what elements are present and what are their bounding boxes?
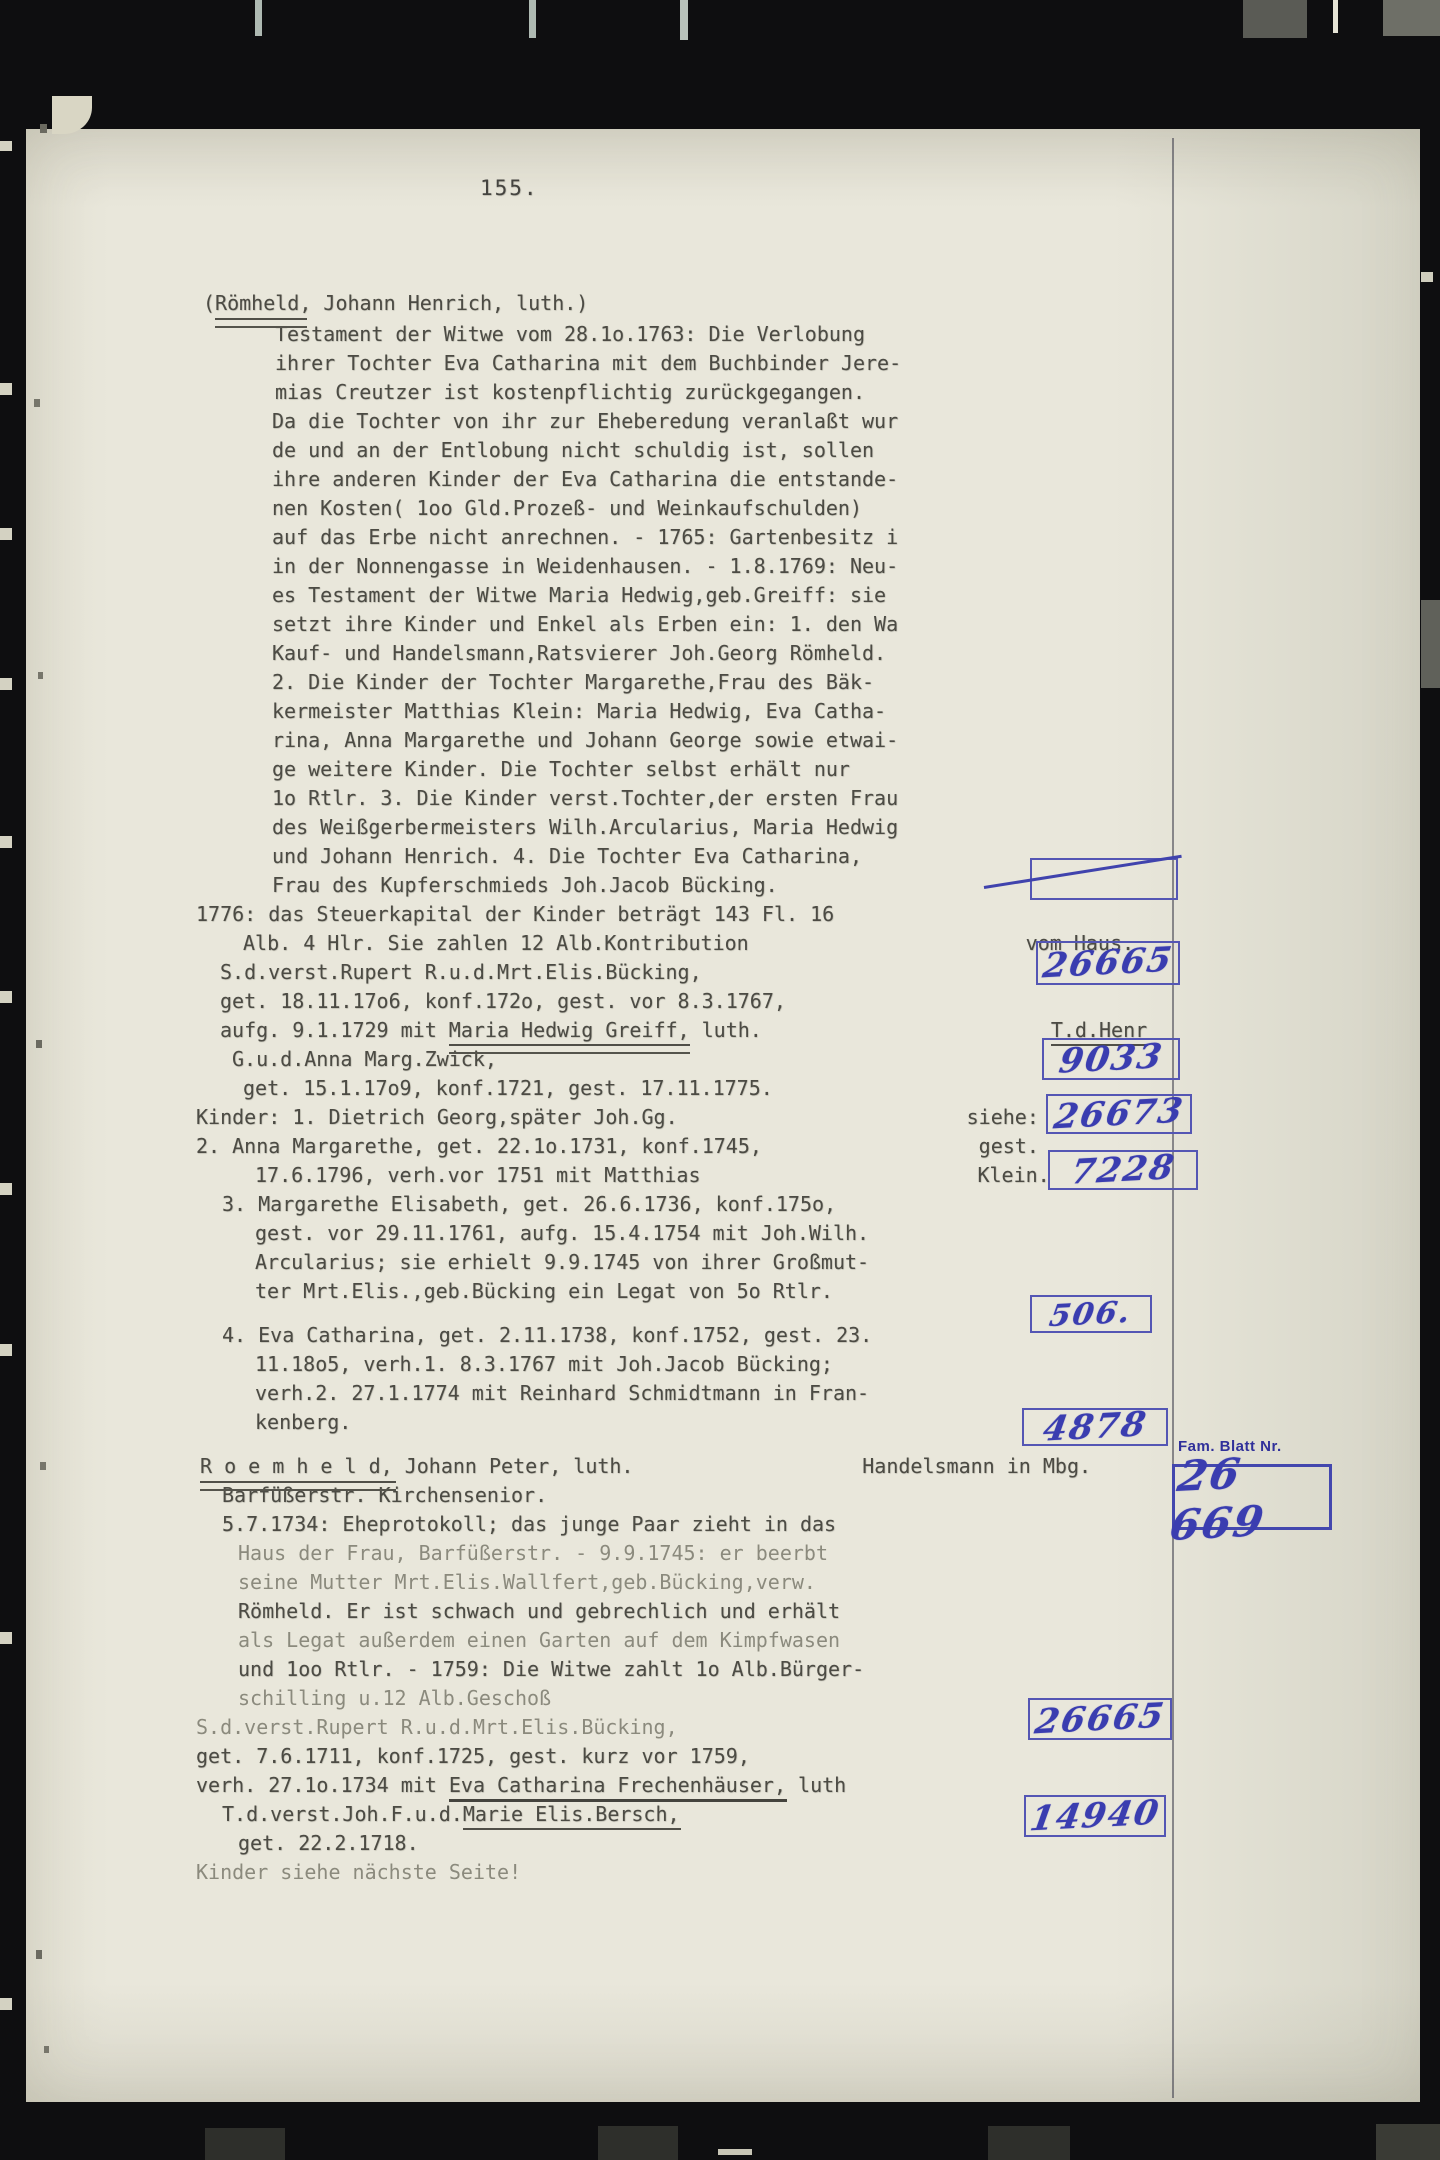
- left-edge-tick: [0, 528, 12, 540]
- typewritten-line: nen Kosten( 1oo Gld.Prozeß- und Weinkauf…: [272, 495, 862, 521]
- dust-speck: [44, 2046, 49, 2053]
- bottom-frame-patch: [1376, 2124, 1440, 2160]
- typewritten-line: S.d.verst.Rupert R.u.d.Mrt.Elis.Bücking,: [196, 1714, 678, 1740]
- typewritten-line: S.d.verst.Rupert R.u.d.Mrt.Elis.Bücking,: [220, 959, 702, 985]
- typewritten-line: Kinder: 1. Dietrich Georg,später Joh.Gg.…: [196, 1104, 1039, 1130]
- name-underline: [449, 1799, 787, 1802]
- typewritten-line: auf das Erbe nicht anrechnen. - 1765: Ga…: [272, 524, 898, 550]
- name-underline: [449, 1044, 690, 1054]
- typewritten-line: Haus der Frau, Barfüßerstr. - 9.9.1745: …: [238, 1540, 828, 1566]
- typewritten-line: Frau des Kupferschmieds Joh.Jacob Bückin…: [272, 872, 778, 898]
- registry-number-box: 26665: [1036, 941, 1180, 985]
- typewritten-line: 17.6.1796, verh.vor 1751 mit Matthias Kl…: [255, 1162, 1050, 1188]
- typewritten-line: Römheld. Er ist schwach und gebrechlich …: [238, 1598, 840, 1624]
- typewritten-line: 4. Eva Catharina, get. 2.11.1738, konf.1…: [222, 1322, 872, 1348]
- typewritten-line: 5.7.1734: Eheprotokoll; das junge Paar z…: [222, 1511, 836, 1537]
- dust-speck: [34, 399, 40, 407]
- typewritten-line: 1776: das Steuerkapital der Kinder beträ…: [196, 901, 834, 927]
- typewritten-line: 2. Die Kinder der Tochter Margarethe,Fra…: [272, 669, 874, 695]
- registry-number-box: 4878: [1022, 1408, 1168, 1446]
- typewritten-line: 11.18o5, verh.1. 8.3.1767 mit Joh.Jacob …: [255, 1351, 833, 1377]
- top-registration-tick: [1333, 0, 1338, 33]
- microfilm-frame: 155. Fam. Blatt Nr. (Römheld, Johann Hen…: [0, 0, 1440, 2160]
- registry-number: 506.: [1047, 1294, 1134, 1333]
- typewritten-line: verh. 27.1o.1734 mit Eva Catharina Frech…: [196, 1772, 846, 1798]
- bottom-frame-patch: [205, 2128, 285, 2160]
- registry-number-box: 506.: [1030, 1295, 1152, 1333]
- typewritten-line: verh.2. 27.1.1774 mit Reinhard Schmidtma…: [255, 1380, 869, 1406]
- typewritten-line: (Römheld, Johann Henrich, luth.): [203, 290, 588, 316]
- left-edge-tick: [0, 836, 12, 848]
- typewritten-line: und 1oo Rtlr. - 1759: Die Witwe zahlt 1o…: [238, 1656, 864, 1682]
- typewritten-line: ihre anderen Kinder der Eva Catharina di…: [272, 466, 898, 492]
- right-edge-notch: [1421, 272, 1433, 282]
- dust-speck: [40, 1462, 46, 1470]
- top-registration-tick: [529, 0, 536, 38]
- typewritten-line: rina, Anna Margarethe und Johann George …: [272, 727, 898, 753]
- registry-number-box: 7228: [1048, 1150, 1198, 1190]
- registry-number-box: 26665: [1028, 1698, 1172, 1740]
- typewritten-line: 2. Anna Margarethe, get. 22.1o.1731, kon…: [196, 1133, 1039, 1159]
- typewritten-line: T.d.verst.Joh.F.u.d.Marie Elis.Bersch,: [222, 1801, 680, 1827]
- typewritten-line: get. 15.1.17o9, konf.1721, gest. 17.11.1…: [243, 1075, 773, 1101]
- typewritten-line: in der Nonnengasse in Weidenhausen. - 1.…: [272, 553, 898, 579]
- typewritten-line: mias Creutzer ist kostenpflichtig zurück…: [275, 379, 865, 405]
- typewritten-line: des Weißgerbermeisters Wilh.Arcularius, …: [272, 814, 898, 840]
- registry-number-box: 14940: [1024, 1795, 1166, 1837]
- typewritten-line: kenberg.: [255, 1409, 351, 1435]
- typewritten-line: und Johann Henrich. 4. Die Tochter Eva C…: [272, 843, 862, 869]
- left-edge-tick: [0, 141, 12, 151]
- film-frame-patch: [1383, 0, 1440, 36]
- registry-number: 4878: [1040, 1404, 1150, 1449]
- typewritten-line: Alb. 4 Hlr. Sie zahlen 12 Alb.Kontributi…: [243, 930, 1134, 956]
- typewritten-line: Arcularius; sie erhielt 9.9.1745 von ihr…: [255, 1249, 869, 1275]
- registry-number-box: 26673: [1046, 1094, 1192, 1134]
- film-frame-patch: [1243, 0, 1307, 38]
- typewritten-line: gest. vor 29.11.1761, aufg. 15.4.1754 mi…: [255, 1220, 869, 1246]
- typewritten-line: 3. Margarethe Elisabeth, get. 26.6.1736,…: [222, 1191, 836, 1217]
- registry-number: 9033: [1056, 1036, 1166, 1081]
- name-underline: [463, 1828, 681, 1830]
- bottom-frame-patch: [988, 2126, 1070, 2160]
- dust-speck: [38, 672, 43, 679]
- typewritten-line: Kinder siehe nächste Seite!: [196, 1859, 521, 1885]
- typewritten-line: es Testament der Witwe Maria Hedwig,geb.…: [272, 582, 886, 608]
- left-edge-tick: [0, 1632, 12, 1644]
- name-underline: [200, 1481, 396, 1491]
- typewritten-line: ihrer Tochter Eva Catharina mit dem Buch…: [275, 350, 901, 376]
- dust-speck: [40, 124, 47, 133]
- left-edge-tick: [0, 991, 12, 1003]
- top-registration-tick: [255, 0, 262, 36]
- registry-number: 14940: [1027, 1793, 1163, 1840]
- top-registration-tick: [680, 0, 688, 40]
- registry-number: 7228: [1068, 1147, 1178, 1192]
- typewritten-line: de und an der Entlobung nicht schuldig i…: [272, 437, 874, 463]
- page-number: 155.: [480, 176, 539, 200]
- left-edge-tick: [0, 678, 12, 690]
- bottom-edge-tick: [718, 2149, 752, 2155]
- typewritten-line: Kauf- und Handelsmann,Ratsvierer Joh.Geo…: [272, 640, 886, 666]
- typewritten-line: R o e m h e l d, Johann Peter, luth. Han…: [200, 1453, 1091, 1479]
- registry-number: 26665: [1032, 1696, 1168, 1743]
- dust-speck: [36, 1950, 42, 1959]
- registry-number-box: 26 669: [1172, 1464, 1332, 1530]
- left-edge-tick: [0, 1344, 12, 1356]
- typewritten-line: schilling u.12 Alb.Geschoß: [238, 1685, 551, 1711]
- dust-speck: [36, 1040, 42, 1048]
- typewritten-line: get. 22.2.1718.: [238, 1830, 419, 1856]
- right-edge-patch: [1421, 600, 1440, 688]
- typewritten-line: als Legat außerdem einen Garten auf dem …: [238, 1627, 840, 1653]
- typewritten-line: get. 7.6.1711, konf.1725, gest. kurz vor…: [196, 1743, 750, 1769]
- typewritten-line: get. 18.11.17o6, konf.172o, gest. vor 8.…: [220, 988, 786, 1014]
- typewritten-line: 1o Rtlr. 3. Die Kinder verst.Tochter,der…: [272, 785, 898, 811]
- typewritten-line: ge weitere Kinder. Die Tochter selbst er…: [272, 756, 850, 782]
- typewritten-line: setzt ihre Kinder und Enkel als Erben ei…: [272, 611, 898, 637]
- registry-number: 26 669: [1166, 1444, 1337, 1550]
- left-edge-tick: [0, 1183, 12, 1195]
- registry-number-box: 9033: [1042, 1038, 1180, 1080]
- registry-number: 26673: [1051, 1091, 1187, 1138]
- typewritten-line: seine Mutter Mrt.Elis.Wallfert,geb.Bücki…: [238, 1569, 816, 1595]
- typewritten-line: kermeister Matthias Klein: Maria Hedwig,…: [272, 698, 886, 724]
- typewritten-line: Testament der Witwe vom 28.1o.1763: Die …: [275, 321, 865, 347]
- typewritten-line: ter Mrt.Elis.,geb.Bücking ein Legat von …: [255, 1278, 833, 1304]
- crossed-out-box: [1030, 858, 1178, 900]
- name-underline: [215, 318, 307, 328]
- typewritten-line: aufg. 9.1.1729 mit Maria Hedwig Greiff, …: [220, 1017, 1147, 1043]
- left-edge-tick: [0, 383, 12, 395]
- typewritten-line: Da die Tochter von ihr zur Eheberedung v…: [272, 408, 898, 434]
- left-edge-tick: [0, 1998, 12, 2010]
- bottom-frame-patch: [598, 2126, 678, 2160]
- registry-number: 26665: [1040, 940, 1176, 987]
